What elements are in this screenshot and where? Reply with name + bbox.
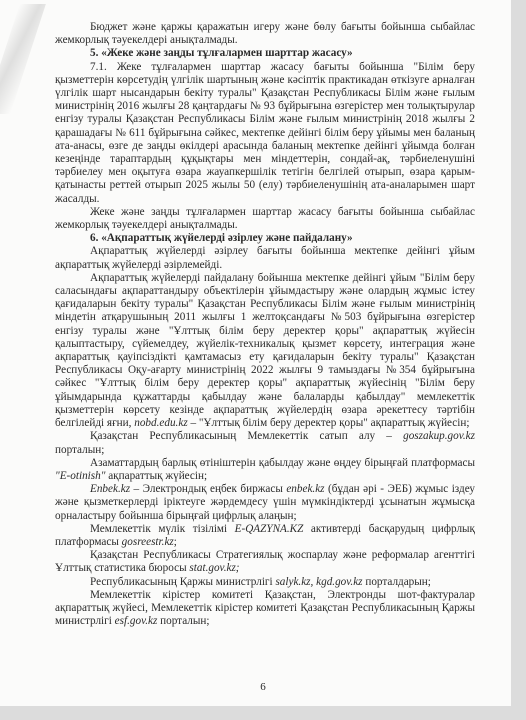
site-name: gosreestr.kz [122,536,174,548]
paragraph-text: – "Ұлттық білім беру деректер қоры" ақпа… [188,417,470,429]
paragraph-text: – Электрондық еңбек биржасы [130,483,286,495]
paragraph-esf: Мемлекеттік кірістер комитеті Қазақстан,… [55,589,475,629]
paragraph-budget: Бюджет және қаржы қаражатын игеру және б… [55,21,475,47]
paragraph-text: порталын; [55,444,104,456]
document-body: Бюджет және қаржы қаражатын игеру және б… [55,21,475,628]
site-name: Enbek.kz [90,483,130,495]
document-page: Бюджет және қаржы қаражатын игеру және б… [0,0,511,706]
paragraph-is-usage: Ақпараттық жүйелерді пайдалану бойынша м… [55,272,475,430]
paragraph-text: Республикасының Қаржы министрлігі [90,576,275,588]
paragraph-salyk: Республикасының Қаржы министрлігі salyk.… [55,576,475,589]
paragraph-goszakup: Қазақстан Республикасының Мемлекеттік са… [55,430,475,456]
paragraph-contracts-risk: Жеке және заңды тұлғалармен шарттар жаса… [55,206,475,232]
paragraph-text: Қазақстан Республикасының Мемлекеттік са… [90,430,403,442]
paragraph-text: Жеке және заңды тұлғалармен шарттар жаса… [55,206,475,231]
site-name: salyk.kz, kgd.gov.kz [275,576,362,588]
paragraph-text: Мемлекеттік мүлік тізілімі [90,523,235,535]
paragraph-enbek: Enbek.kz – Электрондық еңбек биржасы enb… [55,483,475,523]
paragraph-text: ақпараттық жүйесін; [105,470,207,482]
site-name: esf.gov.kz [115,615,158,627]
paragraph-text: ; [174,536,177,548]
site-name: nobd.edu.kz [134,417,187,429]
site-name: stat.gov.kz; [189,562,239,574]
paragraph-text: Ақпараттық жүйелерді пайдалану бойынша м… [55,272,475,429]
heading-text: 6. «Ақпараттық жүйелерді әзірлеу және па… [90,232,353,244]
section-heading-6: 6. «Ақпараттық жүйелерді әзірлеу және па… [55,232,475,245]
section-heading-5: 5. «Жеке және заңды тұлғалармен шарттар … [55,47,475,60]
paragraph-text: Бюджет және қаржы қаражатын игеру және б… [55,21,475,46]
site-name: enbek.kz [286,483,324,495]
paragraph-text: порталдарын; [363,576,431,588]
paragraph-text: Ақпараттық жүйелерді әзірлеу бағыты бойы… [55,245,475,270]
heading-text: 5. «Жеке және заңды тұлғалармен шарттар … [90,47,353,59]
paragraph-text: порталын; [157,615,209,627]
page-number: 6 [0,681,511,693]
paragraph-stat: Қазақстан Республикасы Стратегиялық жосп… [55,549,475,575]
paragraph-eqazyna: Мемлекеттік мүлік тізілімі E-QAZYNA.KZ а… [55,523,475,549]
site-name: "E-otinish" [55,470,105,482]
paragraph-text: 7.1. Жеке тұлғалармен шарттар жасасу бағ… [55,61,475,205]
paragraph-text: Қазақстан Республикасы Стратегиялық жосп… [55,549,475,574]
site-name: E-QAZYNA.KZ [235,523,304,535]
paragraph-contracts: 7.1. Жеке тұлғалармен шарттар жасасу бағ… [55,61,475,206]
paragraph-text: Азаматтардың барлық өтініштерін қабылдау… [90,457,475,469]
paragraph-eotinish: Азаматтардың барлық өтініштерін қабылдау… [55,457,475,483]
site-name: goszakup.gov.kz [403,430,475,442]
paragraph-is-development: Ақпараттық жүйелерді әзірлеу бағыты бойы… [55,245,475,271]
